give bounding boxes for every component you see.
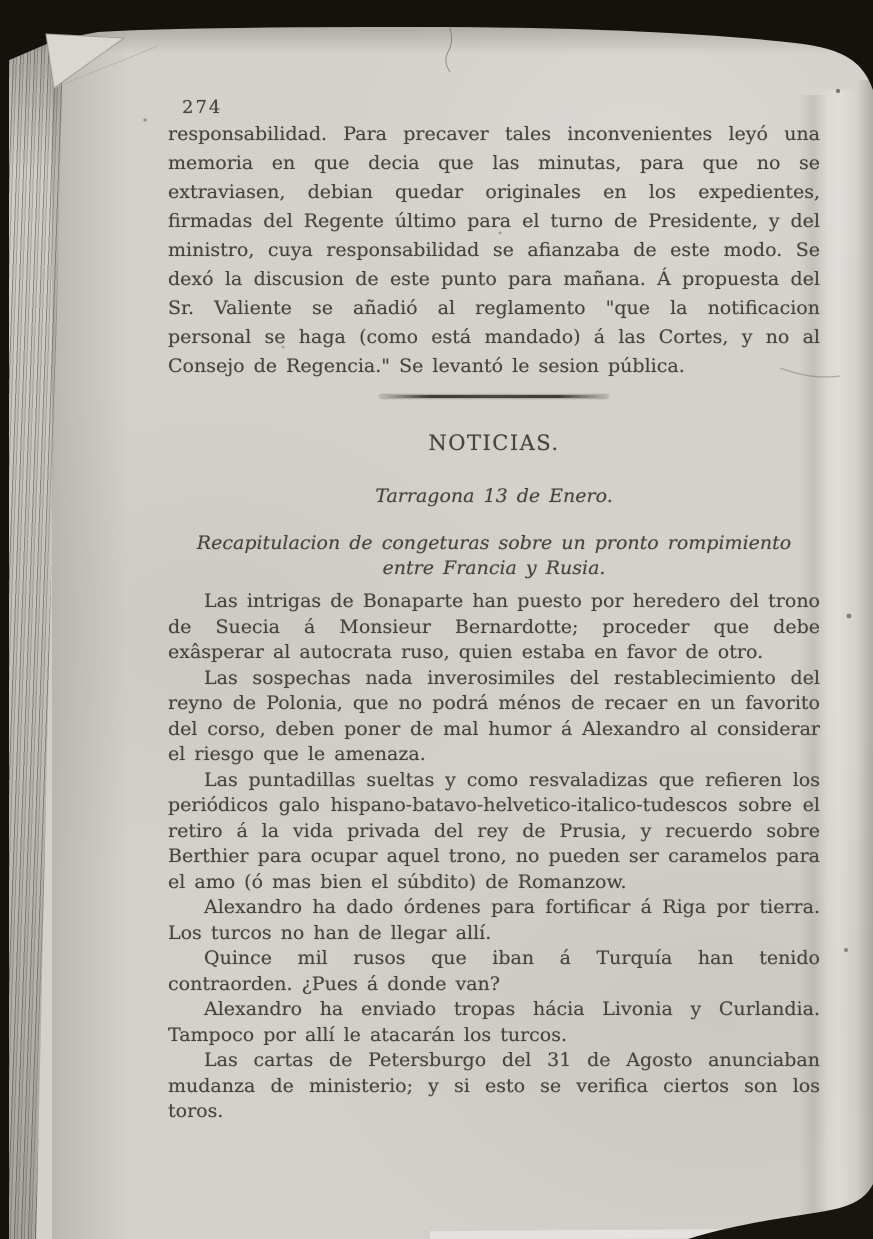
paragraph: Quince mil rusos que iban á Turquía han … (168, 946, 820, 997)
continuation-paragraph: responsabilidad. Para precaver tales inc… (168, 96, 820, 381)
next-page-edge (430, 1229, 775, 1239)
paragraph: Las sospechas nada inverosimiles del res… (168, 666, 820, 768)
paragraph: Alexandro ha dado órdenes para fortifica… (168, 895, 820, 946)
page-text-block: 274 responsabilidad. Para precaver tales… (168, 96, 820, 1125)
dateline: Tarragona 13 de Enero. (168, 485, 820, 507)
paragraph: Las cartas de Petersburgo del 31 de Agos… (168, 1048, 820, 1125)
gutter-shadow (52, 30, 130, 1239)
section-divider-rule (380, 395, 608, 398)
article-title: Recapitulacion de congeturas sobre un pr… (174, 531, 814, 581)
article-body: Las intrigas de Bonaparte han puesto por… (168, 589, 820, 1125)
paragraph: Las puntadillas sueltas y como resvaladi… (168, 768, 820, 896)
right-edge-shadow (857, 80, 873, 1211)
paragraph: Las intrigas de Bonaparte han puesto por… (168, 589, 820, 666)
page-number: 274 (182, 97, 222, 118)
section-heading: NOTICIAS. (168, 431, 820, 455)
book-scan: 274 responsabilidad. Para precaver tales… (0, 0, 873, 1239)
paragraph: Alexandro ha enviado tropas hácia Livoni… (168, 997, 820, 1048)
top-edge-shadow (30, 24, 873, 54)
